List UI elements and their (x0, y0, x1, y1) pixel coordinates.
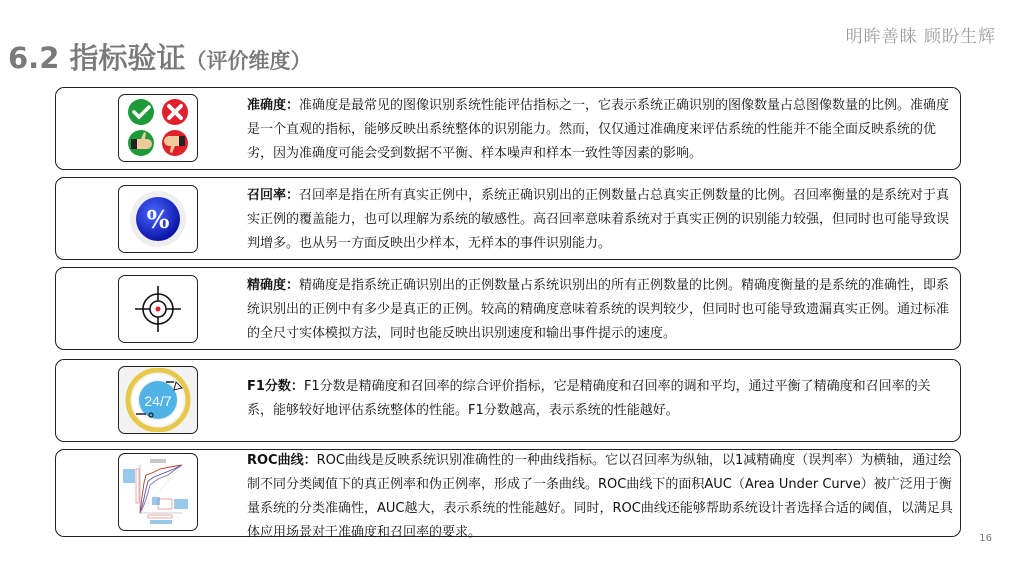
metric-text: 精确度：精确度是指系统正确识别出的正例数量占系统识别出的所有正例数量的比例。精确… (247, 274, 954, 346)
metric-name: 精确度： (247, 278, 299, 293)
svg-text:%: % (147, 205, 170, 234)
metric-text: 召回率：召回率是指在所有真实正例中，系统正确识别出的正例数量占总真实正例数量的比… (247, 184, 954, 256)
metric-card-recall: % 召回率：召回率是指在所有真实正例中，系统正确识别出的正例数量占总真实正例数量… (55, 177, 961, 260)
metric-description: F1分数是精确度和召回率的综合评价指标，它是精确度和召回率的调和平均，通过平衡了… (247, 379, 931, 418)
metric-description: 召回率是指在所有真实正例中，系统正确识别出的正例数量占总真实正例数量的比例。召回… (247, 188, 949, 251)
metric-text: F1分数：F1分数是精确度和召回率的综合评价指标，它是精确度和召回率的调和平均，… (247, 375, 954, 423)
metric-name: 召回率： (247, 188, 299, 203)
svg-text:24/7: 24/7 (144, 393, 171, 409)
metric-name: F1分数： (247, 379, 304, 394)
title-sub: （评价维度） (185, 49, 311, 73)
24-7-cycle-icon: 24/7 (122, 368, 194, 432)
metric-name: ROC曲线： (247, 453, 317, 468)
metric-description: ROC曲线是反映系统识别准确性的一种曲线指标。它以召回率为纵轴，以1减精确度（误… (247, 453, 953, 540)
slogan: 明眸善睐 顾盼生辉 (846, 22, 996, 47)
roc-curve-chart-icon (120, 457, 196, 527)
metric-card-precision: 精确度：精确度是指系统正确识别出的正例数量占系统识别出的所有正例数量的比例。精确… (55, 267, 961, 350)
metric-text: 准确度：准确度是最常见的图像识别系统性能评估指标之一，它表示系统正确识别的图像数… (247, 94, 954, 166)
recall-icon-box: % (118, 185, 198, 253)
check-cross-thumbs-icon (123, 97, 193, 159)
page-title: 6.2 指标验证（评价维度） (8, 36, 311, 77)
f1-icon-box: 24/7 (118, 366, 198, 434)
accuracy-icon-box (118, 94, 198, 162)
target-icon (133, 284, 183, 334)
page-number: 16 (979, 533, 992, 544)
percent-icon: % (128, 189, 188, 249)
metric-card-accuracy: 准确度：准确度是最常见的图像识别系统性能评估指标之一，它表示系统正确识别的图像数… (55, 87, 961, 170)
precision-icon-box (118, 275, 198, 343)
metric-card-roc: ROC曲线：ROC曲线是反映系统识别准确性的一种曲线指标。它以召回率为纵轴，以1… (55, 449, 961, 537)
metric-description: 精确度是指系统正确识别出的正例数量占系统识别出的所有正例数量的比例。精确度衡量的… (247, 278, 949, 341)
metric-name: 准确度： (247, 98, 299, 113)
metric-text: ROC曲线：ROC曲线是反映系统识别准确性的一种曲线指标。它以召回率为纵轴，以1… (247, 449, 954, 545)
title-main: 6.2 指标验证 (8, 41, 185, 75)
metric-card-f1: 24/7 F1分数：F1分数是精确度和召回率的综合评价指标，它是精确度和召回率的… (55, 359, 961, 442)
metric-description: 准确度是最常见的图像识别系统性能评估指标之一，它表示系统正确识别的图像数量占总图… (247, 98, 949, 161)
roc-icon-box (118, 453, 198, 531)
